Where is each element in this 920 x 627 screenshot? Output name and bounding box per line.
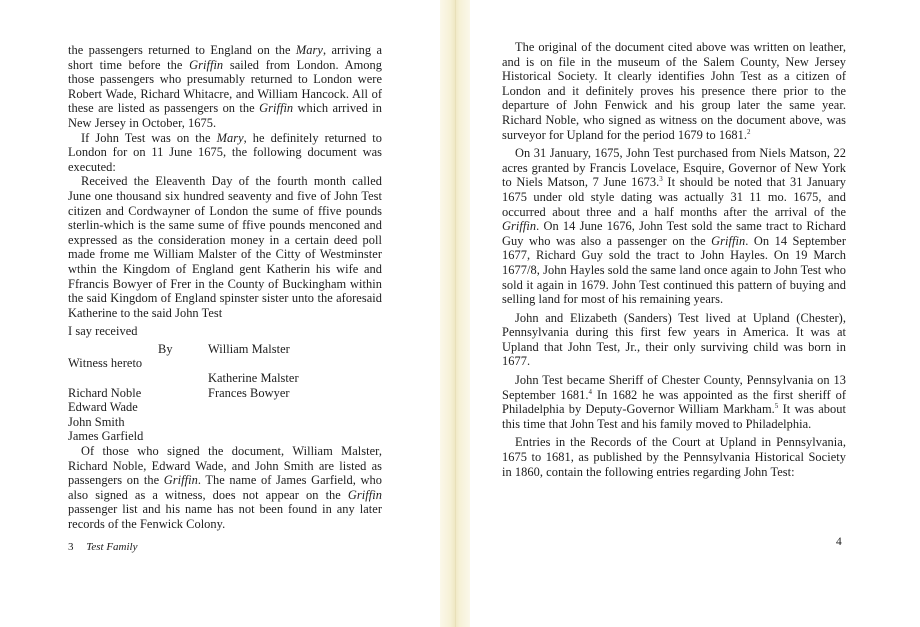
book-spread: the passengers returned to England on th…	[0, 0, 920, 627]
witness-name: James Garfield	[68, 429, 143, 444]
paragraph-i-say-received: I say received	[68, 324, 382, 339]
ship-name: Griffin	[259, 101, 293, 115]
paragraph-original-document: The original of the document cited above…	[502, 40, 846, 142]
witness-name: John Smith	[68, 415, 125, 430]
left-page-body: the passengers returned to England on th…	[68, 43, 382, 532]
paragraph-court-records: Entries in the Records of the Court at U…	[502, 435, 846, 479]
witness-label: Witness hereto	[68, 356, 142, 371]
witness-name: Richard Noble	[68, 386, 141, 401]
paragraph-upland-residence: John and Elizabeth (Sanders) Test lived …	[502, 311, 846, 369]
signer-name: Frances Bowyer	[208, 386, 290, 401]
signature-row: Richard Noble Frances Bowyer	[68, 386, 382, 401]
ship-name: Mary	[217, 131, 244, 145]
signature-row: Katherine Malster	[68, 371, 382, 386]
paragraph-john-test-mary: If John Test was on the Mary, he definit…	[68, 131, 382, 175]
left-page: the passengers returned to England on th…	[0, 0, 440, 627]
signer-name: Katherine Malster	[208, 371, 299, 386]
gutter-fold-line	[455, 0, 456, 627]
ship-name: Griffin	[189, 58, 223, 72]
signature-block: By William Malster Witness hereto Kather…	[68, 342, 382, 444]
ship-name: Griffin	[348, 488, 382, 502]
signature-row: James Garfield	[68, 429, 382, 444]
paragraph-sheriff: John Test became Sheriff of Chester Coun…	[502, 373, 846, 431]
ship-name: Griffin	[164, 473, 198, 487]
ship-name: Griffin	[502, 219, 536, 233]
paragraph-passengers-returned: the passengers returned to England on th…	[68, 43, 382, 131]
signature-row: Edward Wade	[68, 400, 382, 415]
paragraph-deed-receipt: Received the Eleaventh Day of the fourth…	[68, 174, 382, 320]
signature-row: John Smith	[68, 415, 382, 430]
right-page-body: The original of the document cited above…	[502, 40, 846, 479]
signature-row: Witness hereto	[68, 356, 382, 371]
paragraph-land-purchase: On 31 January, 1675, John Test purchased…	[502, 146, 846, 307]
signature-row: By William Malster	[68, 342, 382, 357]
page-number: 4	[836, 536, 842, 548]
running-title: Test Family	[86, 541, 137, 553]
witness-name: Edward Wade	[68, 400, 138, 415]
ship-name: Griffin	[711, 234, 745, 248]
right-page-footer: 4	[836, 536, 842, 548]
ship-name: Mary	[296, 43, 323, 57]
paragraph-signers-griffin: Of those who signed the document, Willia…	[68, 444, 382, 532]
signer-name: William Malster	[208, 342, 290, 357]
page-number: 3	[68, 541, 74, 553]
left-page-footer: 3 Test Family	[68, 541, 138, 553]
by-label: By	[158, 342, 173, 357]
footnote-marker: 2	[747, 128, 751, 136]
